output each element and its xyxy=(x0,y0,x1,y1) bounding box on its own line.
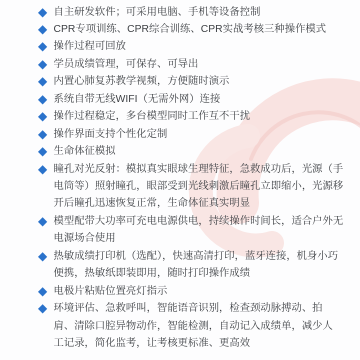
feature-item-text: 操作界面支持个性化定制 xyxy=(54,126,353,143)
feature-item: ◆CPR专项训练、CPR综合训练、CPR实战考核三种操作模式 xyxy=(38,21,352,38)
diamond-bullet-icon: ◆ xyxy=(38,143,54,160)
feature-item: ◆模型配带大功率可充电电源供电，持续操作时间长，适合户外无 电源场合使用 xyxy=(38,213,352,248)
feature-item-text: 瞳孔对光反射：模拟真实眼球生理特征，急救成功后，光源（手 电筒等）照射瞳孔，眼部… xyxy=(54,161,353,213)
feature-item: ◆操作过程稳定，多台模型同时工作互不干扰 xyxy=(38,108,352,125)
feature-item: ◆电极片粘贴位置亮灯指示 xyxy=(38,283,352,300)
feature-item: ◆操作界面支持个性化定制 xyxy=(38,126,352,143)
diamond-bullet-icon: ◆ xyxy=(38,283,54,300)
feature-item-text: 模型配带大功率可充电电源供电，持续操作时间长，适合户外无 电源场合使用 xyxy=(54,213,353,248)
feature-list: ◆自主研发软件；可采用电脑、手机等设备控制◆CPR专项训练、CPR综合训练、CP… xyxy=(38,4,352,353)
feature-item: ◆操作过程可回放 xyxy=(38,38,352,55)
feature-item-text: 操作过程稳定，多台模型同时工作互不干扰 xyxy=(54,108,353,125)
diamond-bullet-icon: ◆ xyxy=(38,21,54,38)
diamond-bullet-icon: ◆ xyxy=(38,38,54,55)
diamond-bullet-icon: ◆ xyxy=(38,248,54,265)
diamond-bullet-icon: ◆ xyxy=(38,4,54,21)
diamond-bullet-icon: ◆ xyxy=(38,108,54,125)
diamond-bullet-icon: ◆ xyxy=(38,300,54,317)
diamond-bullet-icon: ◆ xyxy=(38,91,54,108)
diamond-bullet-icon: ◆ xyxy=(38,213,54,230)
feature-item: ◆生命体征模拟 xyxy=(38,143,352,160)
feature-item: ◆学员成绩管理，可保存、可导出 xyxy=(38,56,352,73)
diamond-bullet-icon: ◆ xyxy=(38,126,54,143)
feature-item-text: 电极片粘贴位置亮灯指示 xyxy=(54,283,353,300)
feature-item-text: 自主研发软件；可采用电脑、手机等设备控制 xyxy=(54,4,353,21)
feature-item: ◆系统自带无线WIFI（无需外网）连接 xyxy=(38,91,352,108)
feature-item-text: CPR专项训练、CPR综合训练、CPR实战考核三种操作模式 xyxy=(54,21,353,38)
feature-item: ◆环境评估、急救呼叫，智能语音识别，检查颈动脉搏动、拍 肩、清除口腔异物动作，智… xyxy=(38,300,352,352)
feature-item-text: 环境评估、急救呼叫，智能语音识别，检查颈动脉搏动、拍 肩、清除口腔异物动作，智能… xyxy=(54,300,353,352)
diamond-bullet-icon: ◆ xyxy=(38,161,54,178)
feature-item-text: 生命体征模拟 xyxy=(54,143,353,160)
diamond-bullet-icon: ◆ xyxy=(38,56,54,73)
diamond-bullet-icon: ◆ xyxy=(38,73,54,90)
feature-item-text: 热敏成绩打印机（选配），快速高清打印，蓝牙连接，机身小巧 便携，热敏纸即装即用，… xyxy=(54,248,353,283)
feature-item-text: 学员成绩管理，可保存、可导出 xyxy=(54,56,353,73)
feature-item: ◆自主研发软件；可采用电脑、手机等设备控制 xyxy=(38,4,352,21)
feature-item-text: 系统自带无线WIFI（无需外网）连接 xyxy=(54,91,353,108)
feature-item: ◆热敏成绩打印机（选配），快速高清打印，蓝牙连接，机身小巧 便携，热敏纸即装即用… xyxy=(38,248,352,283)
feature-item-text: 内置心肺复苏教学视频，方便随时演示 xyxy=(54,73,353,90)
feature-item: ◆瞳孔对光反射：模拟真实眼球生理特征，急救成功后，光源（手 电筒等）照射瞳孔，眼… xyxy=(38,161,352,213)
feature-item-text: 操作过程可回放 xyxy=(54,38,353,55)
feature-item: ◆内置心肺复苏教学视频，方便随时演示 xyxy=(38,73,352,90)
feature-sheet: ◆自主研发软件；可采用电脑、手机等设备控制◆CPR专项训练、CPR综合训练、CP… xyxy=(0,0,360,360)
